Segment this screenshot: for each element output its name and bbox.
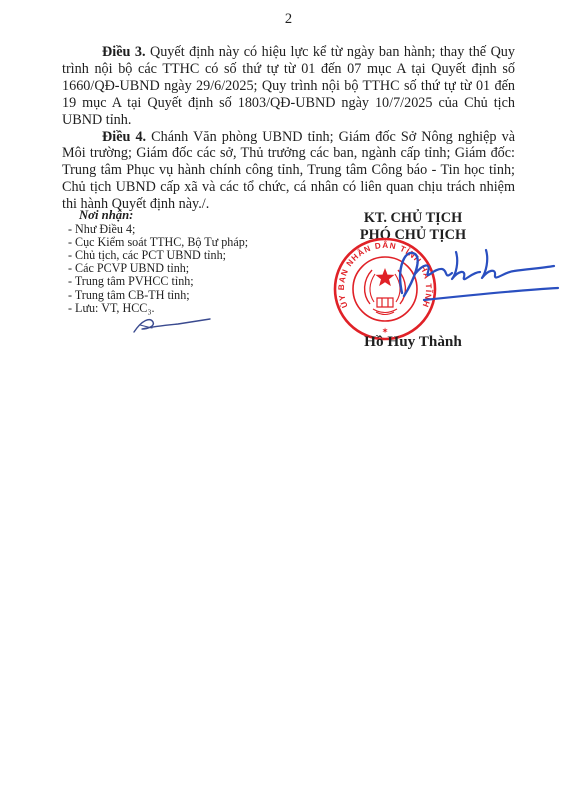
page-number: 2: [62, 11, 515, 28]
article-4-label: Điều 4.: [102, 129, 146, 145]
document-page: 2 Điều 3. Quyết định này có hiệu lực kể …: [0, 0, 579, 802]
signature-stroke-icon: [382, 238, 567, 308]
recipient-item: - Trung tâm PVHCC tỉnh;: [68, 275, 308, 288]
article-3-label: Điều 3.: [102, 44, 146, 60]
recipients-block: Nơi nhận: - Như Điều 4; - Cục Kiểm soát …: [68, 209, 308, 315]
signer-name: Hồ Huy Thành: [308, 333, 518, 351]
paragraph-article-4: Điều 4. Chánh Văn phòng UBND tỉnh; Giám …: [62, 129, 515, 214]
document-body: Điều 3. Quyết định này có hiệu lực kể từ…: [62, 44, 515, 213]
paragraph-article-3: Điều 3. Quyết định này có hiệu lực kể từ…: [62, 44, 515, 129]
recipients-heading: Nơi nhận:: [79, 209, 308, 222]
recipient-item: - Trung tâm CB-TH tỉnh;: [68, 289, 308, 302]
authority-line: KT. CHỦ TỊCH: [308, 210, 518, 227]
initials-stroke-icon: [122, 312, 222, 342]
